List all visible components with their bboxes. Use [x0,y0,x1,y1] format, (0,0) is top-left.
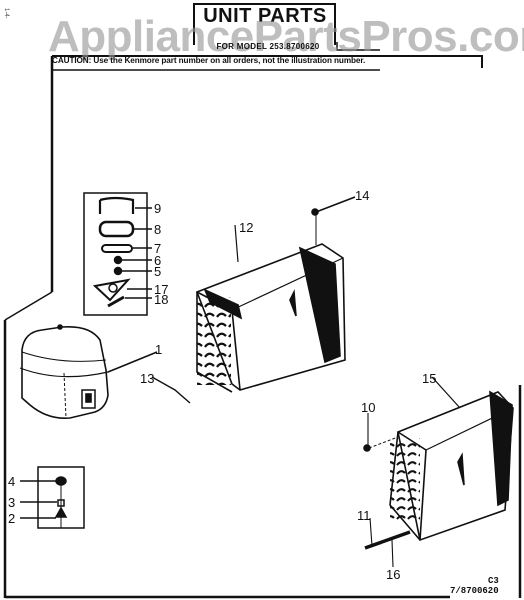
condenser-illustration [152,197,355,403]
callout-1: 1 [155,342,162,357]
page-title: UNIT PARTS [200,5,330,28]
drawing-number: 7/8700620 [450,586,499,596]
callout-18: 18 [154,292,168,307]
section-code: C3 [488,576,499,586]
callout-2: 2 [8,511,15,526]
callout-12: 12 [239,220,253,235]
model-line: FOR MODEL 253.8700620 [198,42,338,51]
evaporator-illustration [364,377,513,567]
small-parts-box [84,193,152,315]
margin-mark: 1-4- [3,8,9,19]
callout-16: 16 [386,567,400,582]
callout-4: 4 [8,474,15,489]
callout-10: 10 [361,400,375,415]
callout-14: 14 [355,188,369,203]
mounting-hardware-box [20,467,84,528]
callout-11: 11 [357,508,371,523]
callout-9: 9 [154,201,161,216]
compressor-illustration [20,325,157,418]
callout-15: 15 [422,371,436,386]
callout-5: 5 [154,264,161,279]
caution-note: CAUTION: Use the Kenmore part number on … [52,56,482,65]
callout-8: 8 [154,222,161,237]
parts-diagram [0,0,524,600]
diagram-frame [5,42,520,598]
callout-13: 13 [140,371,154,386]
callout-3: 3 [8,495,15,510]
